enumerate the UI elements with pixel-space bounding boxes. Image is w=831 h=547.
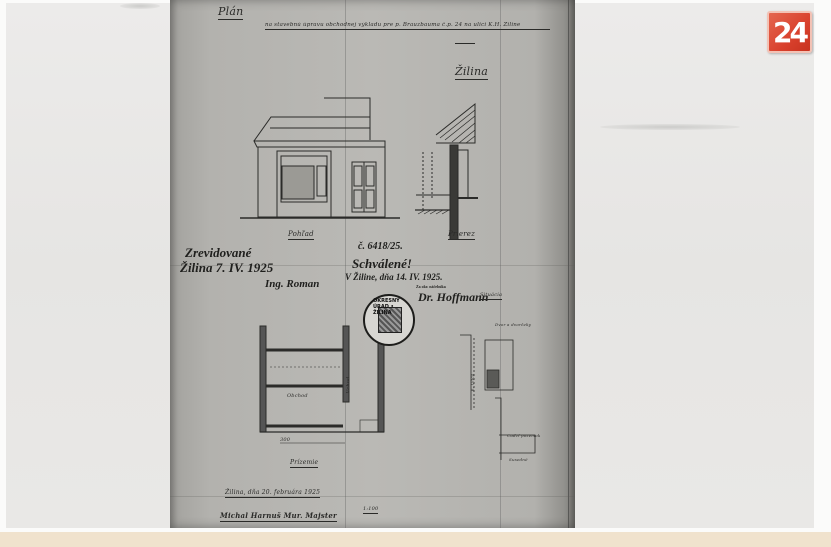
entrance-label: Vchod (345, 377, 351, 394)
reviewed-signature: Ing. Roman (265, 278, 319, 290)
approved-text: Schválené! (352, 256, 412, 272)
situation-label: Situácia (480, 292, 502, 300)
footer-place-date: Žilina, dňa 20. februára 1925 (225, 489, 320, 498)
bottom-paper-edge (0, 532, 831, 547)
approval-office: Za okr. náčelníka (416, 284, 446, 289)
building-elevation-drawing (240, 90, 575, 240)
drawing-title: Plán (218, 5, 243, 20)
elevation-label: Pohľad (288, 230, 314, 240)
yard-label: Dvor a dvorčeky (495, 322, 531, 327)
fold-line (568, 0, 569, 528)
neighbor-label: Susedné (509, 457, 528, 462)
reviewed-title: Zrevidované (185, 245, 251, 261)
scale-label: 1:100 (363, 506, 378, 514)
owner-label: Cudzí pozemok (507, 433, 541, 438)
subtitle-divider (455, 36, 475, 44)
reviewed-place-date: Žilina 7. IV. 1925 (180, 260, 273, 276)
approval-number: č. 6418/25. (358, 241, 403, 252)
ground-floor-plan (250, 320, 390, 460)
street-label: K. Ulica (469, 374, 474, 392)
section-label: Prierez (448, 230, 475, 240)
footer-signature: Michal Harnuš Mur. Majster (220, 511, 337, 522)
place-heading: Žilina (455, 65, 488, 80)
drawing-subtitle: na stavebnú úpravu obchodnej výkladu pre… (265, 22, 550, 30)
backdrop-mark (120, 3, 160, 9)
official-stamp: OKRESNÝ ÚRAD • ŽILINA (363, 294, 415, 346)
shop-room-label: Obchod (287, 393, 308, 399)
backdrop-mark (600, 124, 740, 130)
architectural-drawing-sheet: Plán na stavebnú úpravu obchodnej výklad… (170, 0, 575, 528)
approval-signature: Dr. Hoffmann (418, 290, 488, 305)
ground-floor-label: Prízemie (290, 459, 318, 468)
approved-place-date: V Žiline, dňa 14. IV. 1925. (345, 272, 442, 282)
situation-plan (455, 330, 555, 470)
stamp-text: OKRESNÝ ÚRAD • ŽILINA (373, 298, 413, 316)
news-logo-icon: 24 (767, 11, 812, 53)
dimension-label: 300 (280, 437, 290, 443)
